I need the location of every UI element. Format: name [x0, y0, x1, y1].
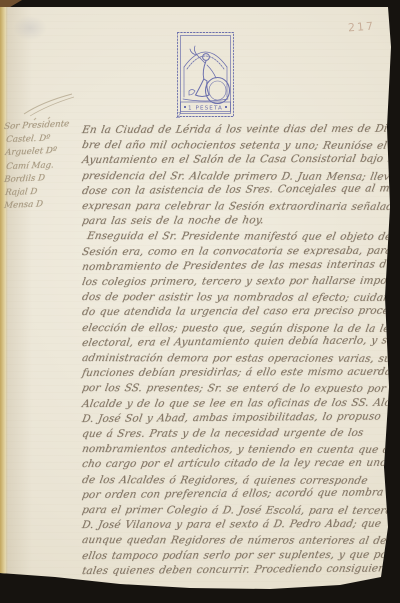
- document-body-text: En la Ciudad de Lérida á los veinte dias…: [82, 123, 394, 579]
- handwritten-line: D. José Vilanova y para el sexto á D. Pe…: [81, 517, 396, 534]
- handwritten-line: Ayuntamiento en el Salón de la Casa Cons…: [81, 152, 396, 169]
- handwritten-line: do que atendida la urgencia del caso era…: [81, 304, 396, 321]
- handwritten-line: los colegios primero, tercero y sexto po…: [81, 274, 396, 291]
- handwritten-line: por orden con preferencia á ellos; acord…: [81, 485, 396, 503]
- handwritten-line: nombramiento de Presidentes de las mesas…: [81, 257, 396, 275]
- ink-smudge: [6, 10, 54, 46]
- stamp-control-mark: 2: [176, 111, 181, 120]
- handwritten-line: cho cargo por el artículo citado de la l…: [81, 456, 396, 473]
- attendee-name: Mensa D: [3, 197, 83, 214]
- scanned-document-page: 217: [0, 0, 400, 603]
- stamp-denomination-band: 1 PESETA: [181, 102, 231, 112]
- handwritten-line: D. José Sol y Abad, ambas imposibilitada…: [81, 409, 396, 427]
- revenue-stamp-icon: 1 PESETA: [176, 31, 235, 118]
- attendee-list: Sor PresidenteCastel. DºArguelet DºCamí …: [4, 121, 82, 213]
- handwritten-line: En la Ciudad de Lérida á los veinte dias…: [81, 122, 396, 139]
- manuscript-paper: 217: [0, 7, 393, 596]
- handwritten-line: electoral, era el Ayuntamiento quien deb…: [81, 333, 396, 351]
- handwritten-line: dose con la asistencia de los Sres. Conc…: [81, 181, 396, 199]
- handwritten-line: para las seis de la noche de hoy.: [81, 213, 396, 230]
- stamp-border: [178, 33, 234, 117]
- handwritten-line: que á Sres. Prats y de la necesidad urge…: [81, 426, 396, 443]
- handwritten-line: funciones debían presidirlas; á ello est…: [81, 365, 396, 382]
- stamp-denomination-text: 1 PESETA: [188, 106, 223, 112]
- handwritten-line: tales quienes deben concurrir. Procedien…: [81, 561, 396, 579]
- page-number: 217: [348, 19, 389, 35]
